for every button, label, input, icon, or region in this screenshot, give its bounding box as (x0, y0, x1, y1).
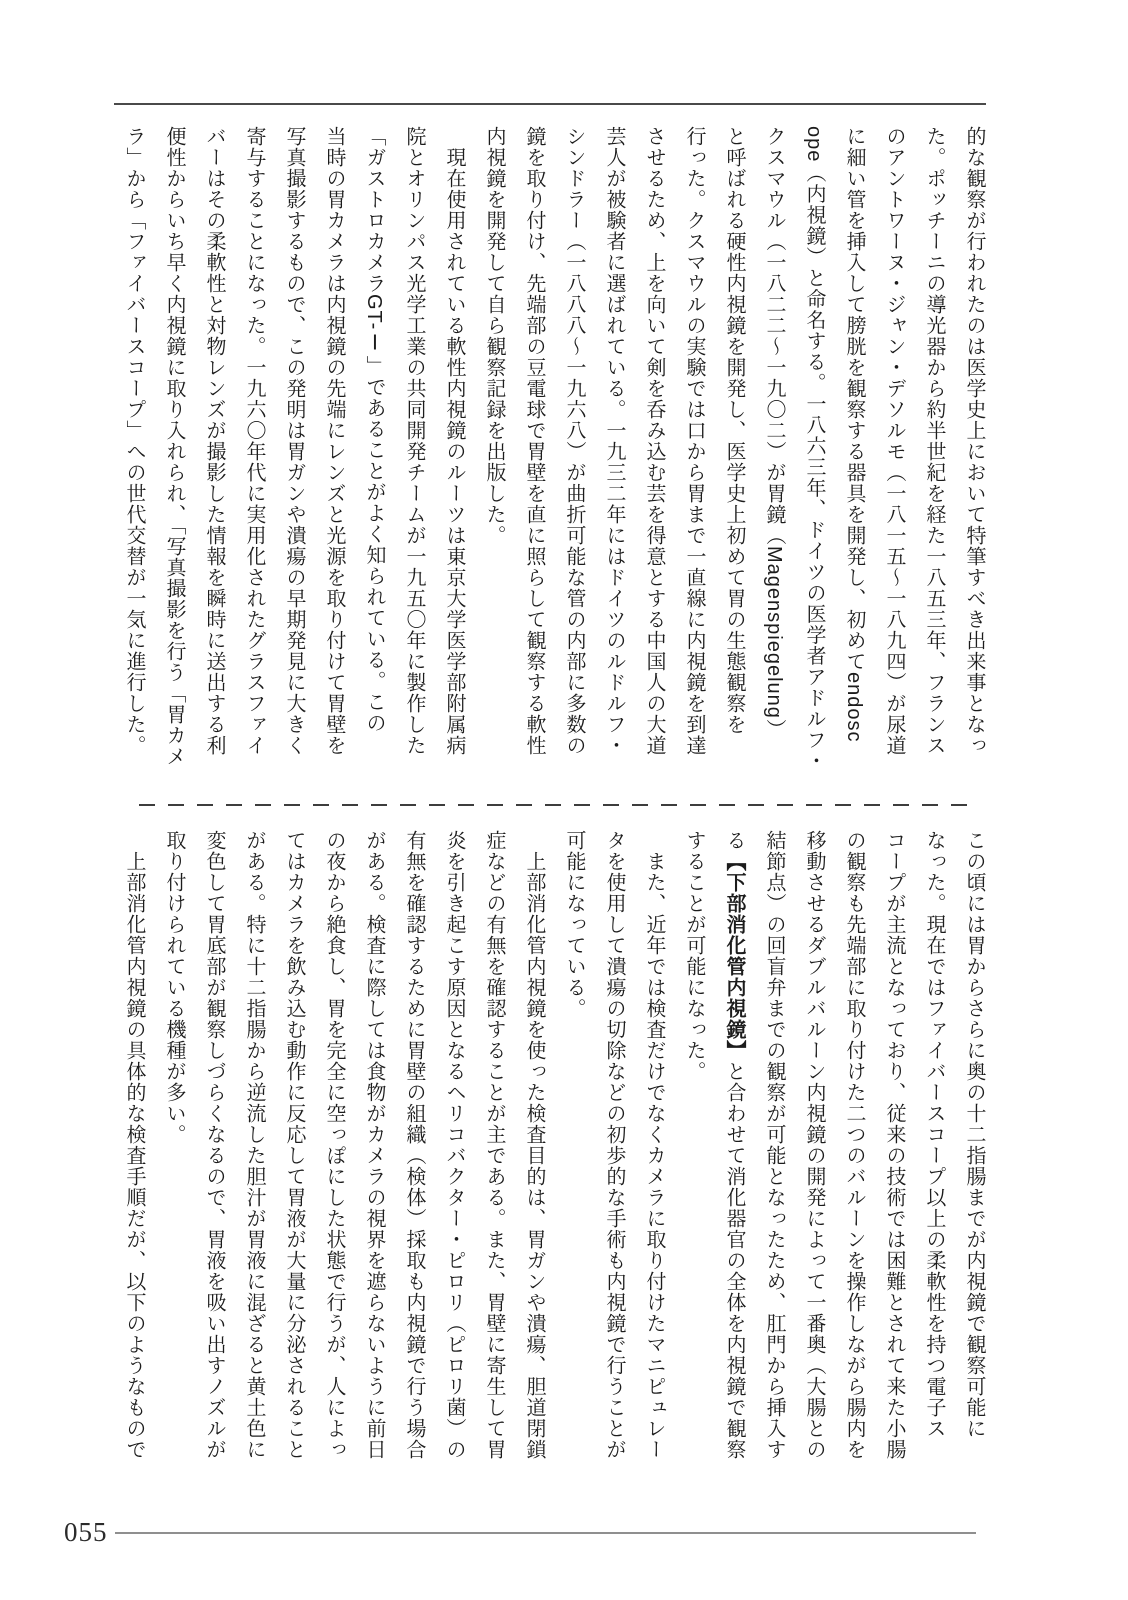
text-column: と呼ばれる硬性内視鏡を開発し、医学史上初めて胃の生態観察を (714, 126, 754, 766)
text-column: することが可能になった。 (674, 830, 714, 1470)
text-column: 内視鏡を開発して自ら観察記録を出版した。 (474, 126, 514, 766)
text-column: た。ポッチーニの導光器から約半世紀を経た一八五三年、フランス (914, 126, 954, 766)
page-number: 055 (64, 1517, 108, 1548)
text-column: 便性からいち早く内視鏡に取り入れられ、「写真撮影を行う「胃カメ (154, 126, 194, 766)
text-column: がある。検査に際しては食物がカメラの視界を遮らないように前日 (354, 830, 394, 1470)
text-column: のアントワーヌ・ジャン・デソルモ（一八一五～一八九四）が尿道 (874, 126, 914, 766)
text-column: 炎を引き起こす原因となるヘリコバクター・ピロリ（ピロリ菌）の (434, 830, 474, 1470)
highlighted-term: 【下部消化管内視鏡】 (723, 851, 745, 1061)
text-column: 鏡を取り付け、先端部の豆電球で胃壁を直に照らして観察する軟性 (514, 126, 554, 766)
text-column: 写真撮影するもので、この発明は胃ガンや潰瘍の早期発見に大きく (274, 126, 314, 766)
text-column-paragraph-start: また、近年では検査だけでなくカメラに取り付けたマニピュレー (634, 830, 674, 1470)
text-column: に細い管を挿入して膀胱を観察する器具を開発し、初めてendosc (834, 126, 874, 766)
text-column: タを使用して潰瘍の切除などの初歩的な手術も内視鏡で行うことが (594, 830, 634, 1470)
text-column: 的な観察が行われたのは医学史上において特筆すべき出来事となっ (954, 126, 994, 766)
text-column: なった。現在ではファイバースコープ以上の柔軟性を持つ電子ス (914, 830, 954, 1470)
text-column: この頃には胃からさらに奥の十二指腸までが内視鏡で観察可能に (954, 830, 994, 1470)
text-column: 「ガストロカメラGT-Ⅰ」であることがよく知られている。この (354, 126, 394, 766)
text-column: の観察も先端部に取り付けた二つのバルーンを操作しながら腸内を (834, 830, 874, 1470)
text-column: バーはその柔軟性と対物レンズが撮影した情報を瞬時に送出する利 (194, 126, 234, 766)
text-column: 芸人が被験者に選ばれている。一九三二年にはドイツのルドルフ・ (594, 126, 634, 766)
text-column: 症などの有無を確認することが主である。また、胃壁に寄生して胃 (474, 830, 514, 1470)
text-column: 取り付けられている機種が多い。 (154, 830, 194, 1470)
text-column: させるため、上を向いて剣を呑み込む芸を得意とする中国人の大道 (634, 126, 674, 766)
text-column-paragraph-start: 上部消化管内視鏡の具体的な検査手順だが、以下のようなもので (114, 830, 154, 1470)
text-column: がある。特に十二指腸から逆流した胆汁が胃液に混ざると黄土色に (234, 830, 274, 1470)
text-column: ラ」から「ファイバースコープ」への世代交替が一気に進行した。 (114, 126, 154, 766)
top-rule (114, 103, 986, 105)
text-column: シンドラー（一八八八～一九六八）が曲折可能な管の内部に多数の (554, 126, 594, 766)
text-column: コープが主流となっており、従来の技術では困難とされて来た小腸 (874, 830, 914, 1470)
text-column-paragraph-start: 現在使用されている軟性内視鏡のルーツは東京大学医学部附属病 (434, 126, 474, 766)
text-column: ope（内視鏡）と命名する。一八六三年、ドイツの医学者アドルフ・ (794, 126, 834, 766)
book-page: 的な観察が行われたのは医学史上において特筆すべき出来事となっ た。ポッチーニの導… (0, 0, 1128, 1600)
dashed-divider (139, 804, 977, 806)
text-column: 寄与することになった。一九六〇年代に実用化されたグラスファイ (234, 126, 274, 766)
text-column: 可能になっている。 (554, 830, 594, 1470)
text-run: と合わせて消化器官の全体を内視鏡で観察 (723, 1061, 745, 1460)
text-column: 当時の胃カメラは内視鏡の先端にレンズと光源を取り付けて胃壁を (314, 126, 354, 766)
text-column-paragraph-start: 上部消化管内視鏡を使った検査目的は、胃ガンや潰瘍、胆道閉鎖 (514, 830, 554, 1470)
text-run: る (723, 830, 745, 851)
text-column: 有無を確認するために胃壁の組織（検体）採取も内視鏡で行う場合 (394, 830, 434, 1470)
text-column: クスマウル（一八二二～一九〇二）が胃鏡（Magenspiegelung） (754, 126, 794, 766)
bottom-text-section: この頃には胃からさらに奥の十二指腸までが内視鏡で観察可能に なった。現在ではファ… (112, 830, 994, 1470)
text-column: 行った。クスマウルの実験では口から胃まで一直線に内視鏡を到達 (674, 126, 714, 766)
footer-rule (115, 1532, 976, 1534)
top-text-section: 的な観察が行われたのは医学史上において特筆すべき出来事となっ た。ポッチーニの導… (112, 126, 994, 766)
text-column: 院とオリンパス光学工業の共同開発チームが一九五〇年に製作した (394, 126, 434, 766)
text-column: てはカメラを飲み込む動作に反応して胃液が大量に分泌されること (274, 830, 314, 1470)
text-column: 結節点）の回盲弁までの観察が可能となったため、肛門から挿入す (754, 830, 794, 1470)
text-column-with-highlight: る【下部消化管内視鏡】と合わせて消化器官の全体を内視鏡で観察 (714, 830, 754, 1470)
text-column: 変色して胃底部が観察しづらくなるので、胃液を吸い出すノズルが (194, 830, 234, 1470)
text-column: 移動させるダブルバルーン内視鏡の開発によって一番奥（大腸との (794, 830, 834, 1470)
text-column: の夜から絶食し、胃を完全に空っぽにした状態で行うが、人によっ (314, 830, 354, 1470)
